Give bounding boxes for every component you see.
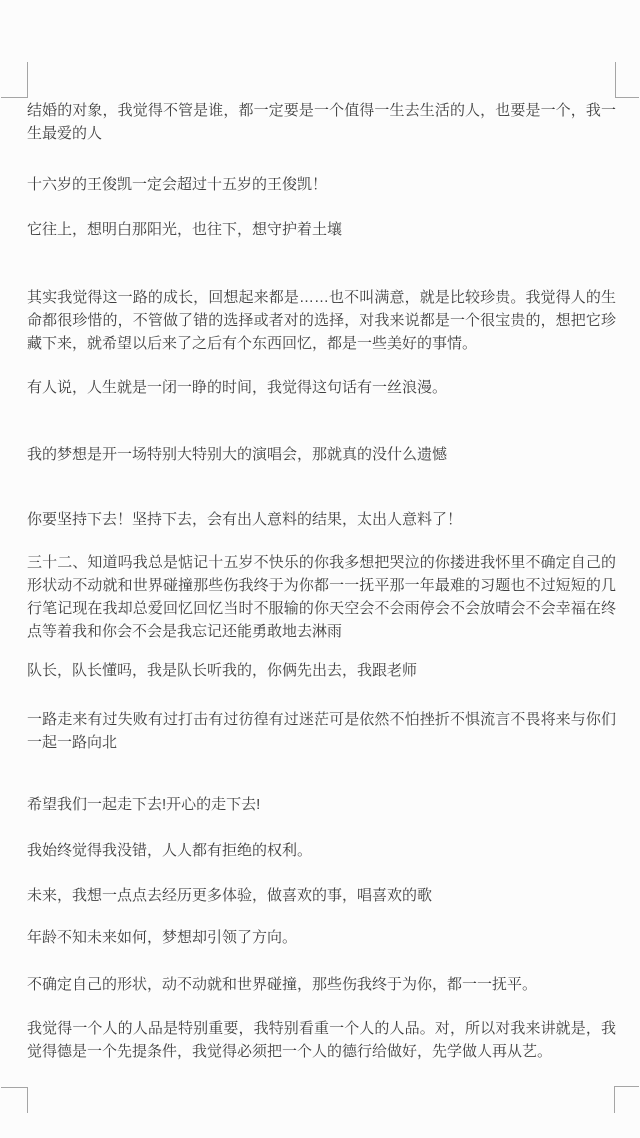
paragraph: 希望我们一起走下去!开心的走下去! [27,793,616,816]
text-boundary-mark-bottom-right [614,1086,639,1113]
paragraph: 一路走来有过失败有过打击有过彷徨有过迷茫可是依然不怕挫折不惧流言不畏将来与你们一… [27,708,616,754]
paragraph: 我始终觉得我没错，人人都有拒绝的权利。 [27,839,616,862]
paragraph: 未来，我想一点点去经历更多体验，做喜欢的事，唱喜欢的歌 [27,884,616,907]
paragraph: 十六岁的王俊凯一定会超过十五岁的王俊凯！ [27,173,616,196]
document-body: 结婚的对象，我觉得不管是谁，都一定要是一个值得一生去生活的人，也要是一个，我一生… [27,99,616,1063]
paragraph: 你要坚持下去！坚持下去，会有出人意料的结果，太出人意料了！ [27,508,616,531]
paragraph: 三十二、知道吗我总是惦记十五岁不快乐的你我多想把哭泣的你搂进我怀里不确定自己的形… [27,551,616,643]
paragraph: 有人说，人生就是一闭一睁的时间，我觉得这句话有一丝浪漫。 [27,376,616,399]
paragraph: 我的梦想是开一场特别大特别大的演唱会，那就真的没什么遗憾 [27,443,616,466]
paragraph: 它往上，想明白那阳光，也往下，想守护着土壤 [27,218,616,241]
paragraph: 其实我觉得这一路的成长，回想起来都是……也不叫满意，就是比较珍贵。我觉得人的生命… [27,286,616,355]
paragraph: 不确定自己的形状，动不动就和世界碰撞，那些伤我终于为你，都一一抚平。 [27,973,616,996]
paragraph: 年龄不知未来如何，梦想却引领了方向。 [27,926,616,949]
paragraph: 我觉得一个人的人品是特别重要，我特别看重一个人的人品。对，所以对我来讲就是，我觉… [27,1017,616,1063]
document-page: 结婚的对象，我觉得不管是谁，都一定要是一个值得一生去生活的人，也要是一个，我一生… [0,0,640,1138]
text-boundary-mark-top-right [615,62,639,98]
paragraph: 队长，队长懂吗，我是队长听我的，你俩先出去，我跟老师 [27,659,616,682]
text-boundary-mark-top-left [1,62,28,98]
text-boundary-mark-bottom-left [1,1087,28,1113]
paragraph: 结婚的对象，我觉得不管是谁，都一定要是一个值得一生去生活的人，也要是一个，我一生… [27,99,616,145]
